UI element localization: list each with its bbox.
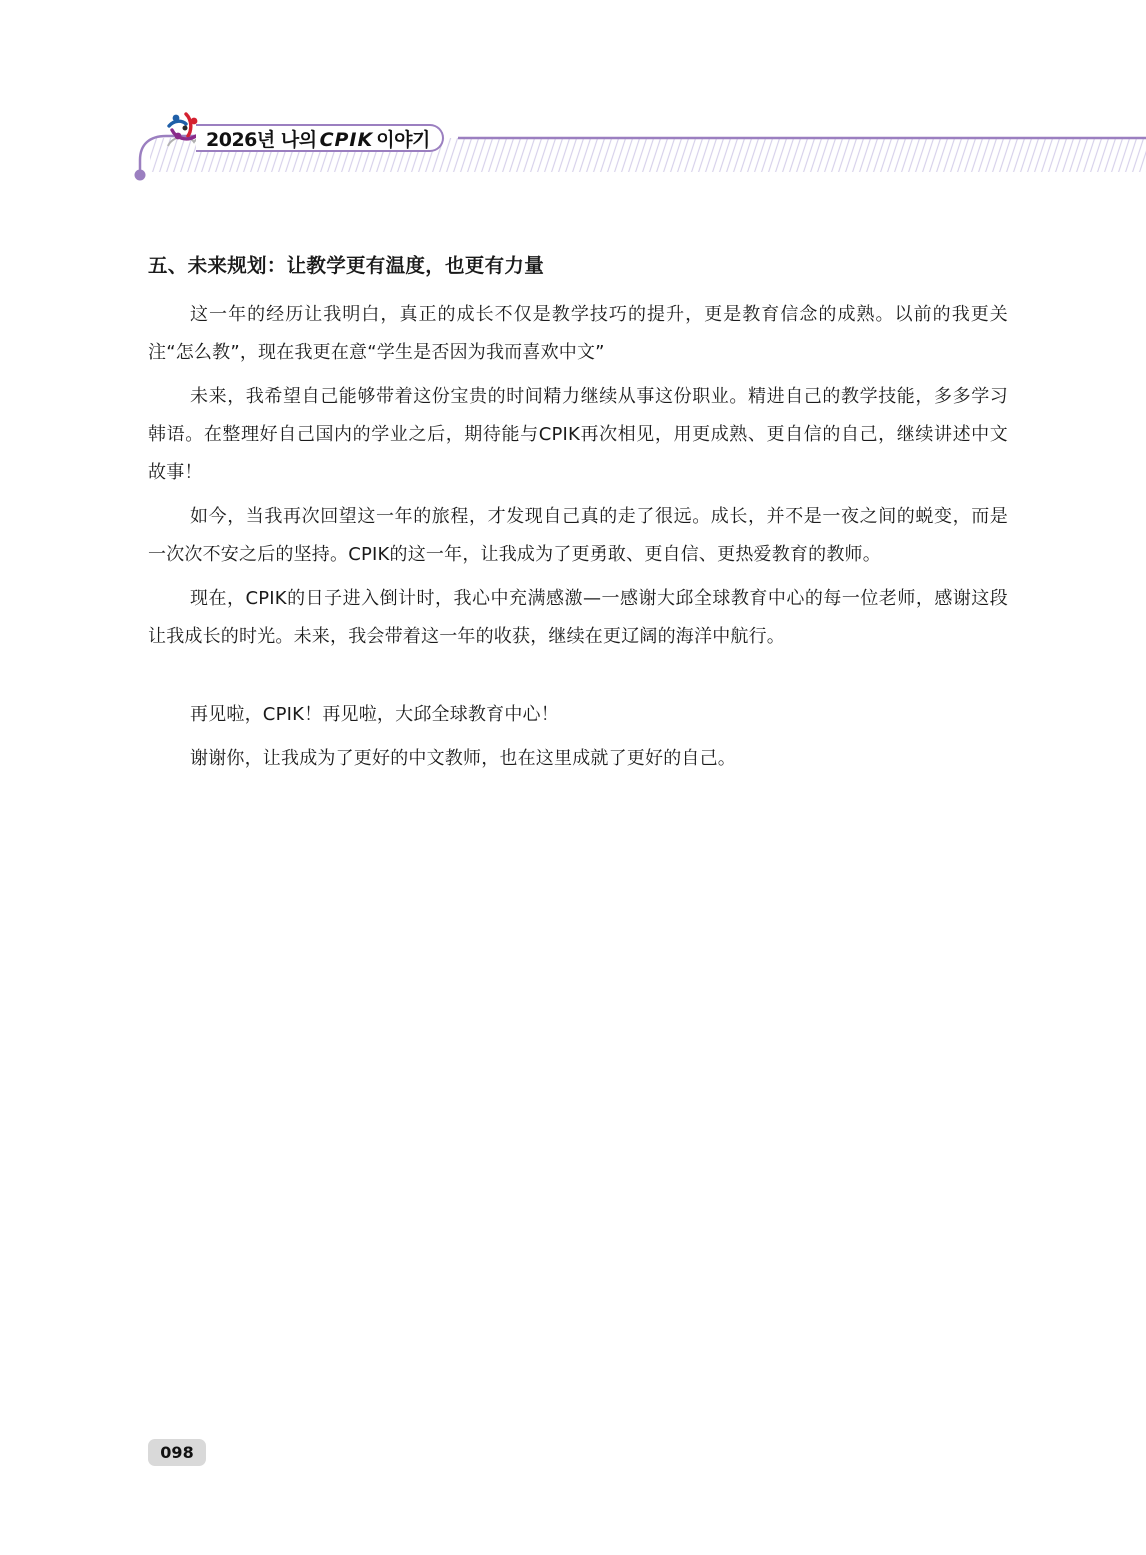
section-title: 五、未来规划：让教学更有温度，也更有力量 xyxy=(148,250,1008,282)
spacer xyxy=(148,662,1008,696)
header-title-badge: 2026년 나의CPIK이야기 xyxy=(196,124,444,152)
header-title: 2026년 나의CPIK이야기 xyxy=(206,125,430,152)
page-number-badge: 098 xyxy=(148,1439,206,1466)
paragraph: 这一年的经历让我明白，真正的成长不仅是教学技巧的提升，更是教育信念的成熟。以前的… xyxy=(148,296,1008,372)
article-body: 五、未来规划：让教学更有温度，也更有力量 这一年的经历让我明白，真正的成长不仅是… xyxy=(148,250,1008,784)
header-suffix: 이야기 xyxy=(376,129,430,151)
paragraph: 如今，当我再次回望这一年的旅程，才发现自己真的走了很远。成长，并不是一夜之间的蜕… xyxy=(148,498,1008,574)
header-brand: CPIK xyxy=(320,129,374,151)
closing-line: 谢谢你，让我成为了更好的中文教师，也在这里成就了更好的自己。 xyxy=(148,740,1008,778)
paragraph: 现在，CPIK的日子进入倒计时，我心中充满感激—一感谢大邱全球教育中心的每一位老… xyxy=(148,580,1008,656)
header-dot xyxy=(135,170,146,181)
closing-line: 再见啦，CPIK！再见啦，大邱全球教育中心！ xyxy=(148,696,1008,734)
paragraph: 未来，我希望自己能够带着这份宝贵的时间精力继续从事这份职业。精进自己的教学技能，… xyxy=(148,378,1008,492)
header-year-label: 2026년 나의 xyxy=(206,129,317,151)
